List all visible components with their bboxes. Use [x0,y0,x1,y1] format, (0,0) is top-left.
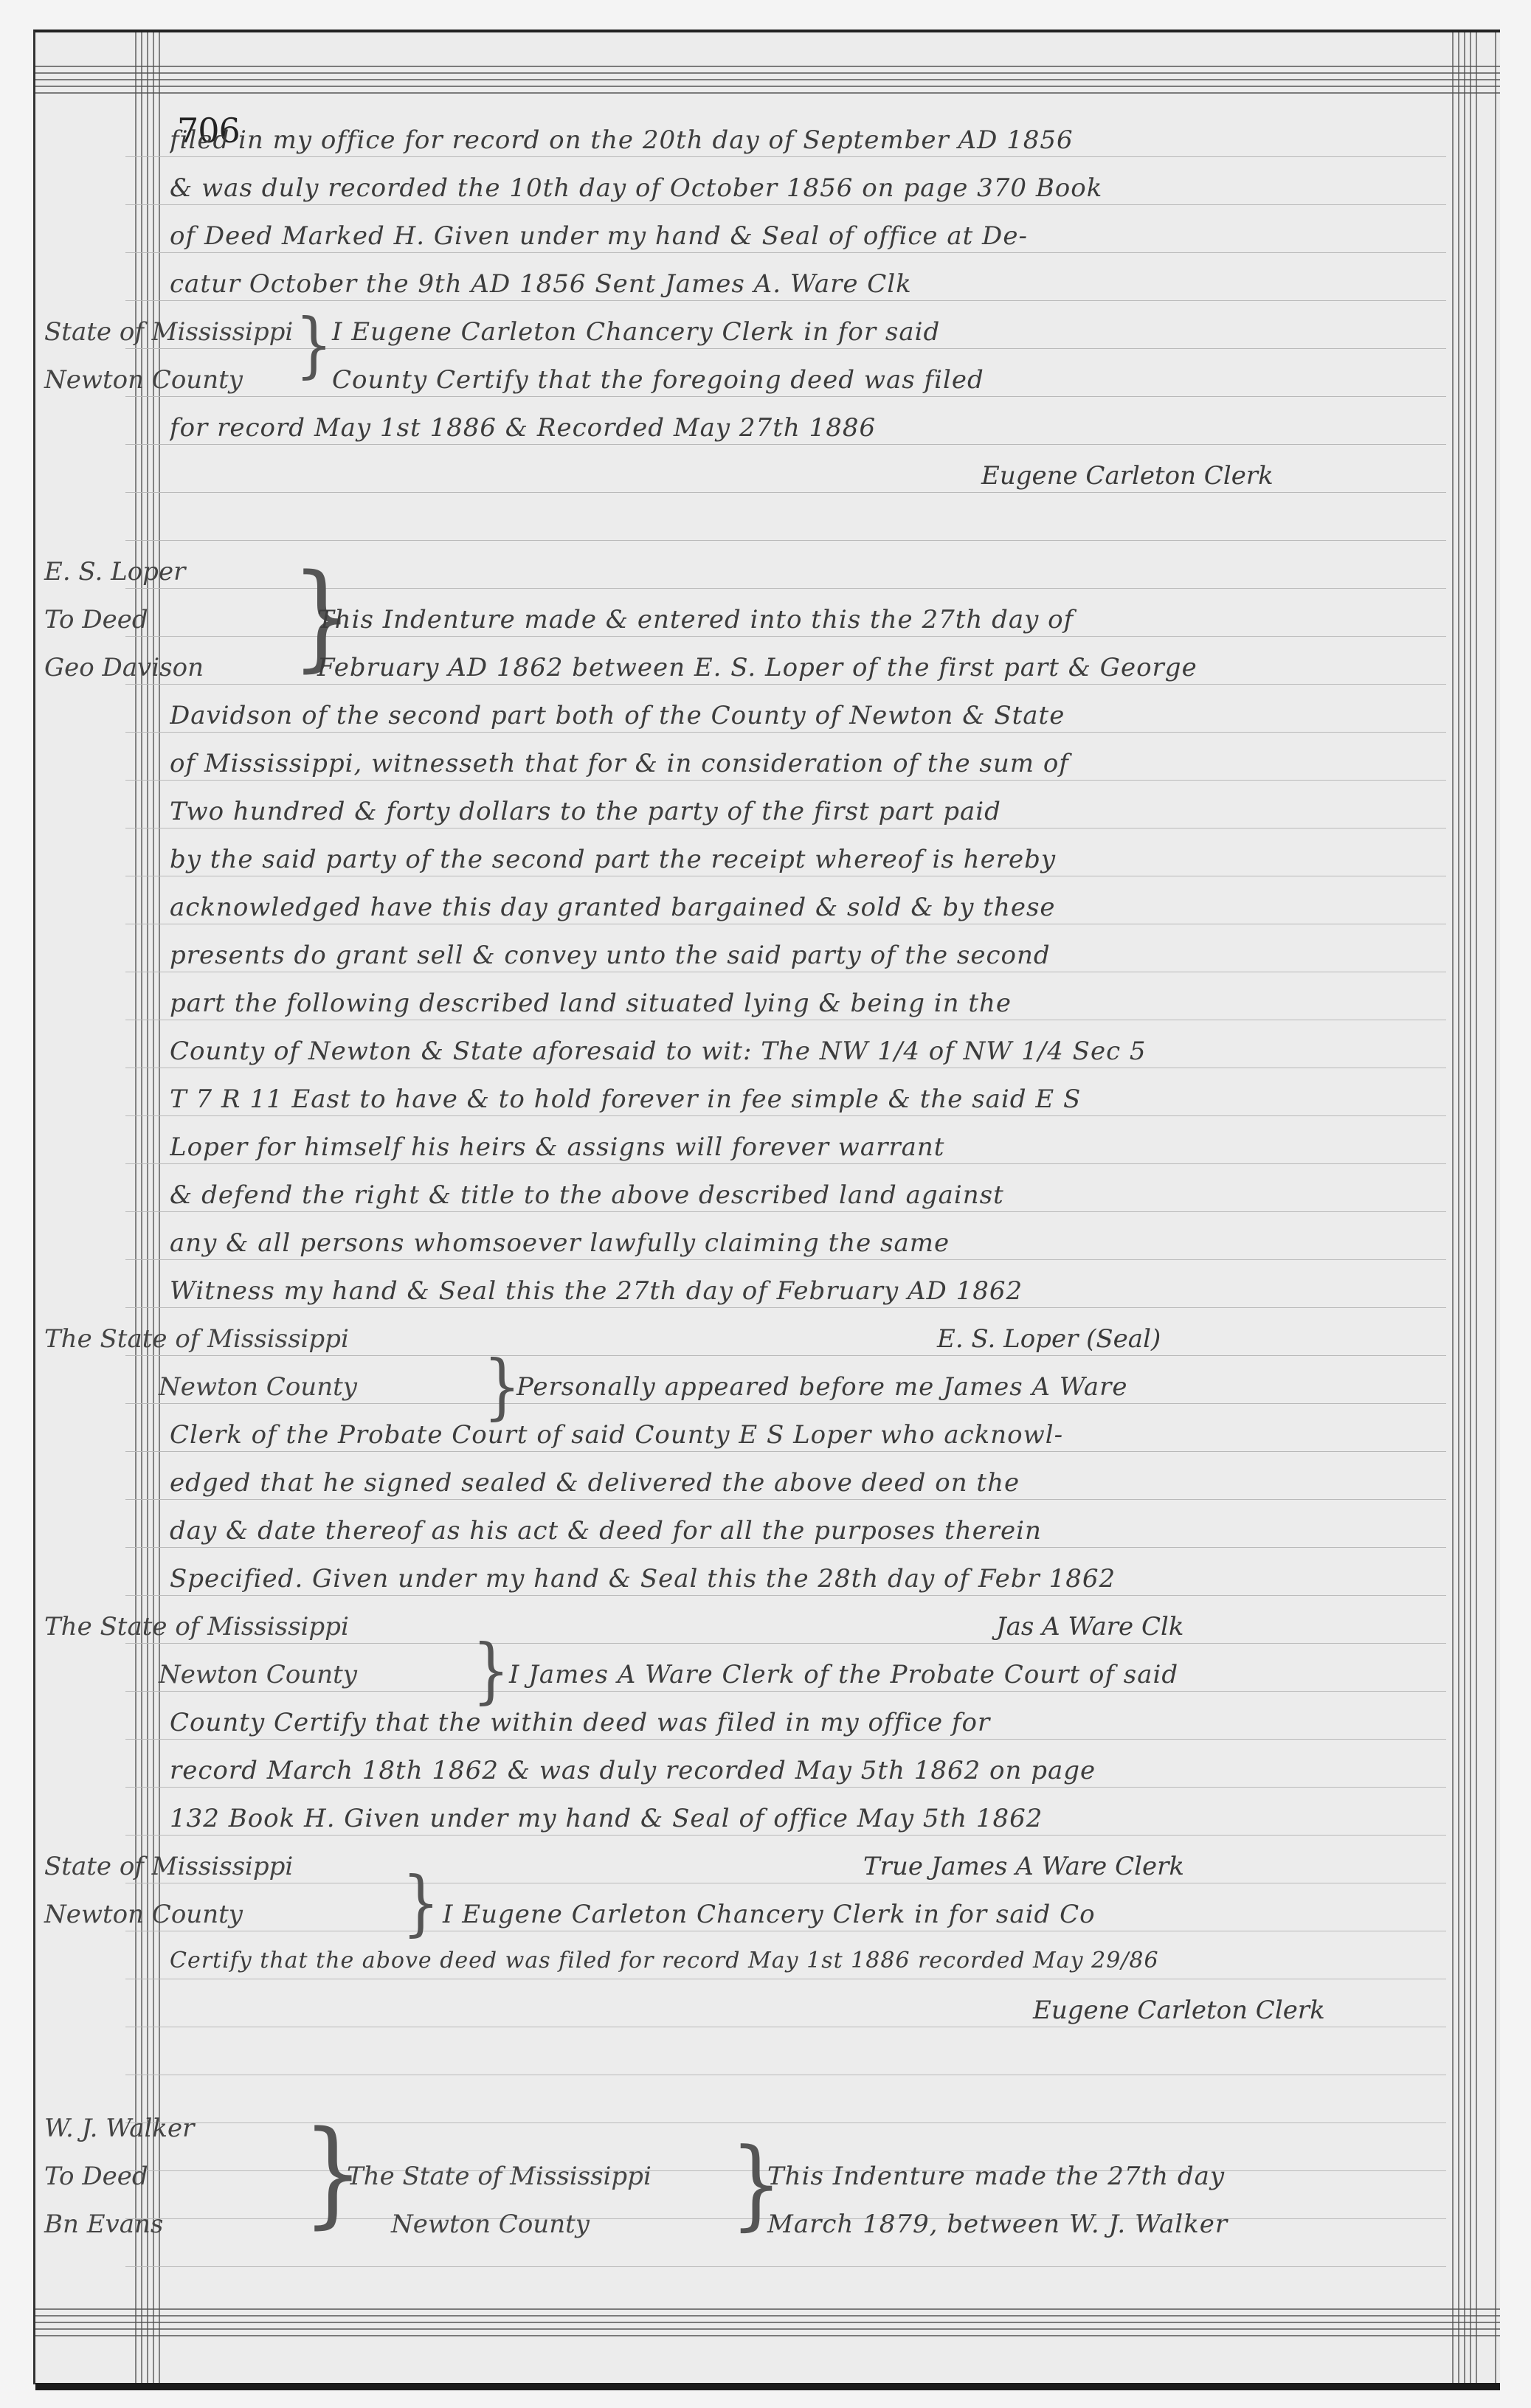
margin-note: Geo Davison [44,653,204,682]
text-line: day & date thereof as his act & deed for… [170,1516,1439,1546]
signature: E. S. Loper (Seal) [937,1324,1161,1354]
text-line: Clerk of the Probate Court of said Count… [170,1420,1439,1450]
ruled-line [125,972,1446,972]
ruled-line [125,444,1446,445]
ruled-line [125,1068,1446,1068]
text-line: acknowledged have this day granted barga… [170,893,1439,922]
margin-note: Newton County [159,1660,357,1689]
text-line: I Eugene Carleton Chancery Clerk in for … [332,317,1439,347]
ruled-line [125,1259,1446,1260]
brace: } [483,1352,521,1422]
ruled-line [125,204,1446,205]
text-line: I Eugene Carleton Chancery Clerk in for … [443,1900,1439,1929]
text-line: February AD 1862 between E. S. Loper of … [317,653,1439,682]
margin-note: To Deed [44,2162,148,2191]
ruled-line [125,1211,1446,1212]
text-line: & defend the right & title to the above … [170,1180,1439,1210]
ruled-line [125,2075,1446,2075]
ruled-line [125,2027,1446,2027]
text-line: This Indenture made the 27th day [767,2162,1439,2191]
signature: Jas A Ware Clk [996,1612,1183,1641]
margin-note: E. S. Loper [44,557,185,587]
margin-note: The State of Mississippi [44,1612,349,1641]
text-line: County of Newton & State aforesaid to wi… [170,1037,1439,1066]
text-line: of Mississippi, witnesseth that for & in… [170,749,1439,778]
text-line: Specified. Given under my hand & Seal th… [170,1564,1439,1594]
ruled-line [125,1451,1446,1452]
ruled-line [125,1883,1446,1883]
margin-note: To Deed [44,605,148,634]
margin-note: State of Mississippi [44,1852,293,1881]
ruled-line [125,1499,1446,1500]
signature: Eugene Carleton Clerk [1033,1996,1325,2025]
ruled-line [125,1979,1446,1979]
ruled-line [125,1739,1446,1740]
ruled-line [125,1787,1446,1788]
text-line: & was duly recorded the 10th day of Octo… [170,173,1439,203]
text-line: presents do grant sell & convey unto the… [170,941,1439,970]
brace: } [402,1868,440,1939]
text-line: for record May 1st 1886 & Recorded May 2… [170,413,1439,443]
margin-note: Newton County [44,1900,243,1929]
ruled-line [125,396,1446,397]
text-line: of Deed Marked H. Given under my hand & … [170,221,1439,251]
ruled-line [125,1403,1446,1404]
text-line: Davidson of the second part both of the … [170,701,1439,730]
ruled-line [125,300,1446,301]
ruled-line [125,1355,1446,1356]
ruled-line [125,780,1446,781]
signature: Eugene Carleton Clerk [981,461,1273,491]
ruled-line [125,1115,1446,1116]
ruled-line [125,1595,1446,1596]
ruled-line [125,1931,1446,1931]
text-line: Witness my hand & Seal this the 27th day… [170,1276,1439,1306]
ruled-line [125,732,1446,733]
right-margin-rule [1452,32,1477,2384]
text-line: 132 Book H. Given under my hand & Seal o… [170,1804,1439,1833]
text-line: County Certify that the within deed was … [170,1708,1439,1737]
signature: True James A Ware Clerk [863,1852,1184,1881]
ruled-line [125,828,1446,828]
ruled-line [125,1835,1446,1836]
brace: } [295,310,333,381]
text-line: catur October the 9th AD 1856 Sent James… [170,269,1439,299]
ruled-line [125,1163,1446,1164]
ruled-line [125,156,1446,157]
margin-note: Newton County [391,2210,590,2239]
margin-note: Newton County [159,1372,357,1402]
ruled-line [125,540,1446,541]
ruled-line [125,1307,1446,1308]
text-line: any & all persons whomsoever lawfully cl… [170,1228,1439,1258]
ruled-line [125,1020,1446,1020]
text-line: This Indenture made & entered into this … [317,605,1439,634]
text-line: Certify that the above deed was filed fo… [170,1948,1439,1973]
text-line: by the said party of the second part the… [170,845,1439,874]
margin-note: The State of Mississippi [44,1324,349,1354]
outer-right-rule [1495,32,1499,2384]
text-line: filed in my office for record on the 20t… [170,125,1439,155]
text-line: March 1879, between W. J. Walker [767,2210,1439,2239]
margin-note: Bn Evans [44,2210,163,2239]
bottom-rule-bundle [35,2308,1500,2338]
text-line: part the following described land situat… [170,989,1439,1018]
ruled-line [125,876,1446,876]
text-line: T 7 R 11 East to have & to hold forever … [170,1084,1439,1114]
text-line: I James A Ware Clerk of the Probate Cour… [509,1660,1439,1689]
text-line: record March 18th 1862 & was duly record… [170,1756,1439,1785]
ruled-line [125,1643,1446,1644]
ruled-line [125,252,1446,253]
margin-note: The State of Mississippi [347,2162,652,2191]
ruled-line [125,684,1446,685]
text-line: edged that he signed sealed & delivered … [170,1468,1439,1498]
brace: } [472,1636,510,1706]
text-line: Two hundred & forty dollars to the party… [170,797,1439,826]
text-line: County Certify that the foregoing deed w… [332,365,1439,395]
ruled-line [125,1691,1446,1692]
ruled-line [125,924,1446,924]
text-line: Personally appeared before me James A Wa… [516,1372,1439,1402]
ruled-line [125,492,1446,493]
margin-note: W. J. Walker [44,2114,194,2143]
margin-note: Newton County [44,365,243,395]
ruled-line [125,1547,1446,1548]
margin-note: State of Mississippi [44,317,293,347]
ruled-line [125,2266,1446,2267]
text-line: Loper for himself his heirs & assigns wi… [170,1132,1439,1162]
top-rule-bundle [35,66,1500,95]
